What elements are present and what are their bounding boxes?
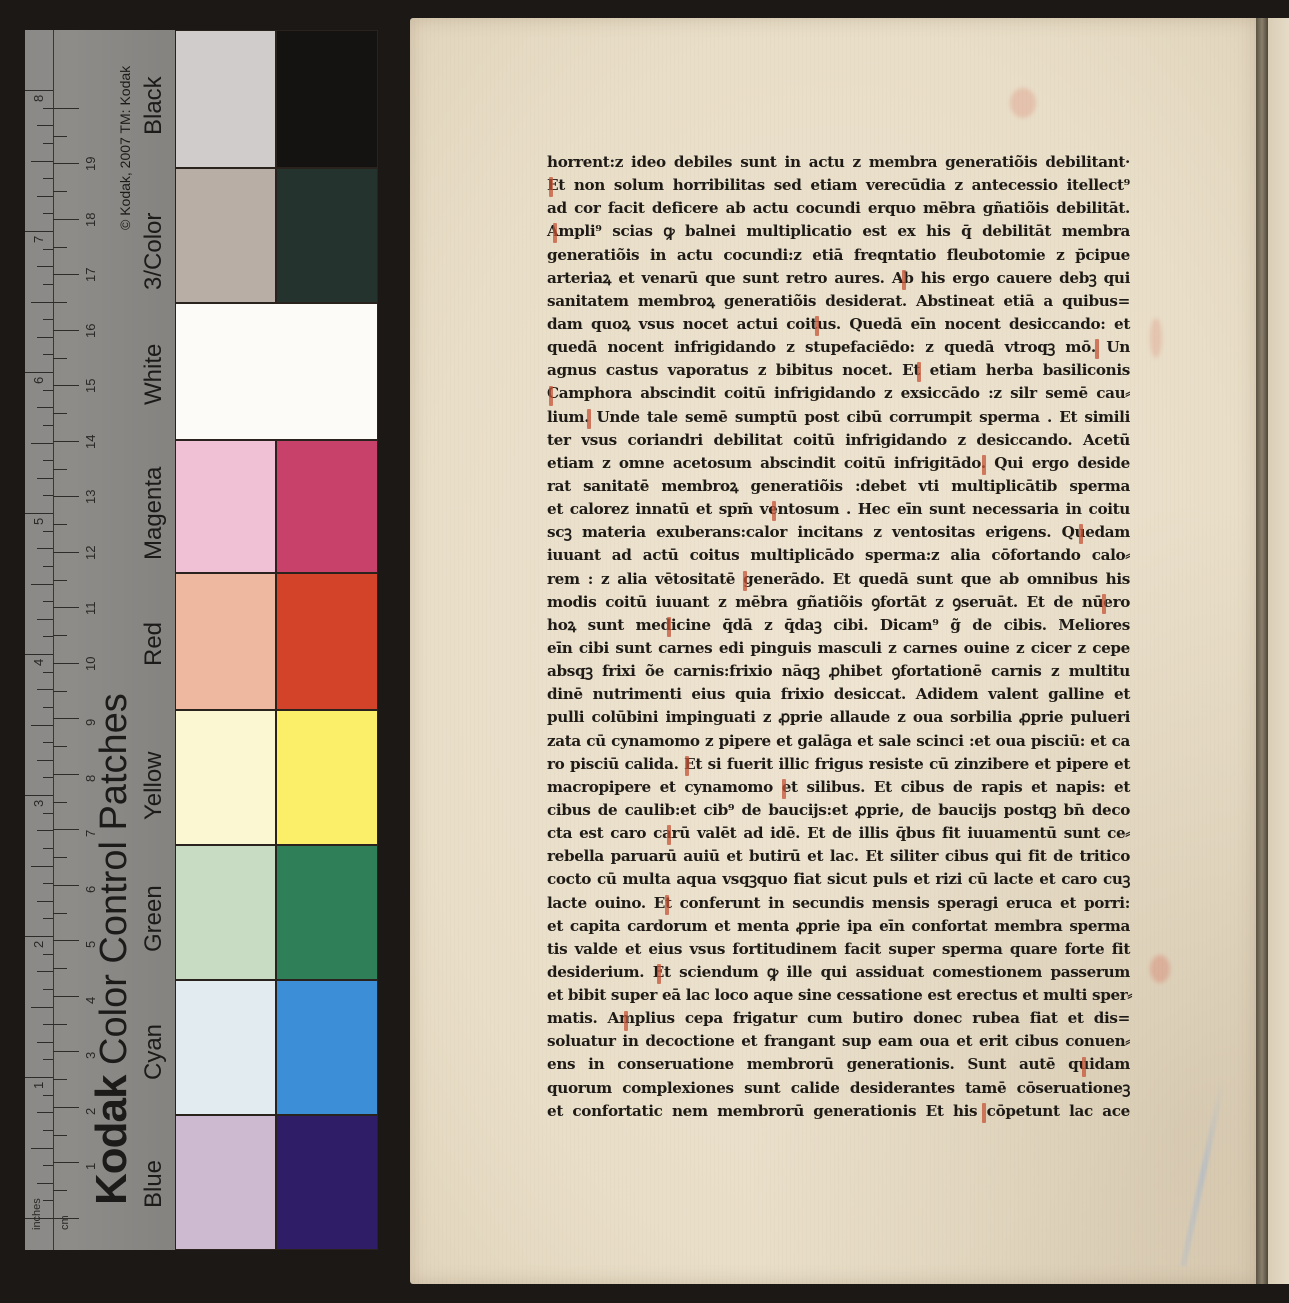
inch-tick	[43, 601, 53, 602]
inch-tick	[37, 478, 53, 479]
rubrication-mark	[685, 756, 689, 776]
patch-label-blue: Blue	[140, 1160, 168, 1208]
inch-tick	[43, 707, 53, 708]
cm-tick	[53, 330, 79, 331]
inch-tick	[43, 1200, 53, 1201]
inch-tick	[37, 337, 53, 338]
inch-tick-label: 3	[31, 800, 46, 807]
patch-red-light	[175, 573, 276, 710]
inch-tick	[43, 813, 53, 814]
cm-tick	[53, 108, 79, 109]
cm-tick	[53, 219, 79, 220]
text-line: hoꝝ sunt medicine q̄dā z q̄daꝫ cibi. Dic…	[547, 614, 1130, 637]
inch-tick-label: 2	[31, 941, 46, 948]
patch-cyan-dark	[276, 980, 378, 1115]
cm-tick-label: 19	[83, 157, 98, 171]
inch-tick	[43, 531, 53, 532]
inch-tick	[25, 231, 53, 232]
inch-tick	[43, 249, 53, 250]
text-line: macropipere et cynamomo et silibus. Et c…	[547, 776, 1130, 799]
inch-tick	[43, 1130, 53, 1131]
cm-tick	[53, 885, 79, 886]
inch-tick	[37, 1042, 53, 1043]
cm-tick	[53, 247, 67, 248]
cm-tick	[53, 607, 79, 608]
cm-tick	[53, 1190, 67, 1191]
text-line: et calorez innatū et spm̄ ventosum . Hec…	[547, 498, 1130, 521]
cm-tick-label: 17	[83, 268, 98, 282]
cm-tick	[53, 441, 79, 442]
cm-tick-label: 13	[83, 490, 98, 504]
red-stain-top	[1010, 88, 1036, 118]
cm-tick-label: 14	[83, 434, 98, 448]
patch-white	[175, 303, 378, 440]
copyright-notice: © Kodak, 2007 TM: Kodak	[117, 66, 133, 230]
text-line: agnus castus vaporatus z bibitus nocet. …	[547, 359, 1130, 382]
inch-tick	[43, 390, 53, 391]
inch-tick	[37, 196, 53, 197]
text-line: et bibit super eā lac loco aque sine ces…	[547, 984, 1130, 1007]
text-line: et confortatic nem membrorū generationis…	[547, 1100, 1130, 1123]
patch-3color-dark	[276, 168, 378, 303]
inch-tick	[43, 777, 53, 778]
patch-blue-dark	[276, 1115, 378, 1250]
inch-tick	[43, 213, 53, 214]
text-line: eīn cibi sunt carnes edi pinguis masculi…	[547, 637, 1130, 660]
text-line: arteriaꝝ et venarū que sunt retro aures.…	[547, 267, 1130, 290]
inch-tick-label: 6	[31, 377, 46, 384]
rubrication-mark	[553, 223, 557, 243]
inch-tick	[43, 883, 53, 884]
inch-unit-label: inches	[31, 1198, 43, 1230]
inch-tick	[37, 689, 53, 690]
rubrication-mark	[624, 1011, 628, 1031]
inch-tick	[37, 125, 53, 126]
rubrication-mark	[667, 825, 671, 845]
inch-tick	[25, 936, 53, 937]
text-line: desiderium. Et sciendum ꝙ ille qui assid…	[547, 961, 1130, 984]
cm-tick	[53, 1162, 79, 1163]
rubrication-mark	[982, 1103, 986, 1123]
cm-tick	[53, 1107, 79, 1108]
rubrication-mark	[772, 501, 776, 521]
patch-label-black: Black	[140, 76, 168, 135]
rubrication-mark	[782, 779, 786, 799]
patch-label-green: Green	[140, 885, 168, 952]
patch-yellow-light	[175, 710, 276, 845]
inch-tick	[25, 795, 53, 796]
inch-tick	[43, 108, 53, 109]
patch-green-light	[175, 845, 276, 980]
chart-title: Color Control Patches	[93, 693, 135, 1065]
patch-label-cyan: Cyan	[140, 1024, 168, 1080]
rubrication-mark	[587, 409, 591, 429]
text-line: cta est caro carū valēt ad idē. Et de il…	[547, 822, 1130, 845]
inch-tick	[43, 319, 53, 320]
text-line: absqꝫ frixi õe carnis:frixio nāqꝫ ꝓhibet…	[547, 660, 1130, 683]
inch-tick	[43, 178, 53, 179]
patch-cyan-light	[175, 980, 276, 1115]
text-block: horrent:z ideo debiles sunt in actu z me…	[547, 151, 1130, 1123]
inch-tick	[43, 918, 53, 919]
cm-tick	[53, 358, 67, 359]
cm-tick	[53, 802, 67, 803]
text-line: matis. Amplius cepa frigatur cum butiro …	[547, 1007, 1130, 1030]
cm-tick	[53, 1135, 67, 1136]
rubrication-mark	[917, 362, 921, 382]
text-line: soluatur in decoctione et frangant sup e…	[547, 1030, 1130, 1053]
brand-name: Kodak	[87, 1076, 136, 1205]
inch-tick	[37, 619, 53, 620]
incunabula-page: horrent:z ideo debiles sunt in actu z me…	[410, 18, 1256, 1284]
rubrication-mark	[982, 455, 986, 475]
cm-tick	[53, 496, 79, 497]
text-line: cocto cū multa aqua vsqꝫquo fiat sicut p…	[547, 868, 1130, 891]
inch-tick	[43, 672, 53, 673]
patch-yellow-dark	[276, 710, 378, 845]
patch-label-yellow: Yellow	[140, 752, 168, 821]
patch-3color-light	[175, 168, 276, 303]
inch-tick	[37, 971, 53, 972]
text-line: Camphora abscindit coitū infrigidando z …	[547, 382, 1130, 405]
text-line: rem : z alia vētositatē generādo. Et que…	[547, 568, 1130, 591]
cm-tick	[53, 580, 67, 581]
inch-tick-label: 7	[31, 236, 46, 243]
book-spine-gutter	[1256, 18, 1268, 1284]
inch-tick	[37, 1183, 53, 1184]
rubrication-mark	[549, 177, 553, 197]
text-line: dinē nutrimenti eius quia frixio desicca…	[547, 683, 1130, 706]
cm-tick	[53, 552, 79, 553]
cm-tick-label: 18	[83, 212, 98, 226]
inch-tick	[25, 1077, 53, 1078]
cm-tick	[53, 940, 79, 941]
facing-page-edge	[1268, 18, 1289, 1284]
inch-tick	[31, 725, 53, 726]
inch-tick	[43, 1059, 53, 1060]
cm-tick	[53, 469, 67, 470]
inch-tick	[31, 161, 53, 162]
cm-tick	[53, 691, 67, 692]
rubrication-mark	[902, 270, 906, 290]
text-line: rat sanitatē membroꝝ generatiõis :debet …	[547, 475, 1130, 498]
rubrication-mark	[1079, 524, 1083, 544]
inch-tick	[37, 548, 53, 549]
cm-tick	[53, 663, 79, 664]
text-line: generatiõis in actu cocundi:z etiā freqn…	[547, 244, 1130, 267]
text-line: ens in conseruatione membrorū generation…	[547, 1053, 1130, 1076]
text-line: Ampli⁹ scias ꝙ balnei multiplicatio est …	[547, 220, 1130, 243]
inch-tick	[25, 90, 53, 91]
inch-scale: 12345678	[25, 30, 54, 1250]
inch-tick	[43, 495, 53, 496]
cm-tick	[53, 385, 79, 386]
inch-tick	[43, 284, 53, 285]
inch-tick	[37, 830, 53, 831]
patch-red-dark	[276, 573, 378, 710]
inch-tick	[43, 566, 53, 567]
rubrication-mark	[743, 571, 747, 591]
cm-tick	[53, 413, 67, 414]
text-line: Et non solum horribilitas sed etiam vere…	[547, 174, 1130, 197]
inch-tick	[31, 1007, 53, 1008]
cm-tick	[53, 829, 79, 830]
inch-tick	[31, 584, 53, 585]
inch-tick	[37, 760, 53, 761]
cm-tick	[53, 718, 79, 719]
text-line: quedā nocent infrigidando z stupefaciēdo…	[547, 336, 1130, 359]
rubrication-mark	[657, 964, 661, 984]
cm-tick	[53, 191, 67, 192]
text-line: pulli colūbini impinguati z ꝓprie allaud…	[547, 706, 1130, 729]
rubrication-mark	[549, 386, 553, 406]
cm-tick	[53, 913, 67, 914]
rubrication-mark	[1102, 594, 1106, 614]
inch-tick	[31, 866, 53, 867]
text-line: ad cor facit deficere ab actu cocundi er…	[547, 197, 1130, 220]
cm-tick	[53, 968, 67, 969]
text-line: ro pisciū calida. Et si fuerit illic fri…	[547, 753, 1130, 776]
inch-tick	[43, 954, 53, 955]
red-stain-margin	[1150, 318, 1162, 358]
text-line: modis coitū iuuant z mēbra gñatiõis ꝯfor…	[547, 591, 1130, 614]
inch-tick	[43, 989, 53, 990]
text-line: etiam z omne acetosum abscindit coitū in…	[547, 452, 1130, 475]
cm-tick-label: 12	[83, 545, 98, 559]
cm-tick-label: 10	[83, 656, 98, 670]
inch-tick	[43, 460, 53, 461]
inch-tick	[25, 513, 53, 514]
text-line: lacte ouino. Et conferunt in secundis me…	[547, 892, 1130, 915]
inch-tick	[43, 425, 53, 426]
inch-tick-label: 1	[31, 1082, 46, 1089]
cm-tick	[53, 163, 79, 164]
rubrication-mark	[1095, 339, 1099, 359]
inch-tick	[37, 1112, 53, 1113]
text-line: ter vsus coriandri debilitat coitū infri…	[547, 429, 1130, 452]
cm-tick	[53, 774, 79, 775]
text-line: horrent:z ideo debiles sunt in actu z me…	[547, 151, 1130, 174]
inch-tick	[43, 143, 53, 144]
inch-tick	[25, 372, 53, 373]
patch-label-3color: 3/Color	[140, 213, 168, 290]
cm-tick	[53, 302, 67, 303]
text-line: scꝫ materia exuberans:calor incitans z v…	[547, 521, 1130, 544]
inch-tick	[43, 742, 53, 743]
text-line: iuuant ad actū coitus multiplicādo sperm…	[547, 544, 1130, 567]
rubrication-mark	[667, 617, 671, 637]
patch-label-magenta: Magenta	[140, 467, 168, 560]
text-line: sanitatem membroꝝ generatiõis desiderat.…	[547, 290, 1130, 313]
inch-tick	[43, 848, 53, 849]
inch-tick-label: 5	[31, 518, 46, 525]
cm-tick	[53, 136, 67, 137]
cm-unit-label: cm	[59, 1215, 71, 1230]
text-line: cibus de caulib:et cib⁹ de baucijs:et ꝓp…	[547, 799, 1130, 822]
paper-tear	[1180, 1079, 1225, 1266]
inch-tick	[25, 654, 53, 655]
text-line: zata cū cynamomo z pipere et galāga et s…	[547, 730, 1130, 753]
cm-tick	[53, 274, 79, 275]
inch-tick	[31, 443, 53, 444]
patch-label-white: White	[140, 344, 168, 405]
patch-black-light	[175, 30, 276, 168]
patch-magenta-dark	[276, 440, 378, 573]
cm-tick	[53, 996, 79, 997]
inch-tick	[37, 266, 53, 267]
patch-magenta-light	[175, 440, 276, 573]
cm-tick	[53, 635, 67, 636]
red-stain-lower	[1150, 955, 1170, 983]
cm-tick-label: 11	[83, 602, 98, 616]
inch-tick	[43, 1095, 53, 1096]
text-line: quorum complexiones sunt calide desidera…	[547, 1077, 1130, 1100]
cm-tick	[53, 746, 67, 747]
brand-title: Kodak Color Control Patches	[87, 693, 137, 1205]
inch-tick	[37, 407, 53, 408]
text-line: dam quoꝝ vsus nocet actui coitus. Quedā …	[547, 313, 1130, 336]
text-line: lium. Unde tale semē sumptū post cibū co…	[547, 406, 1130, 429]
inch-tick	[43, 1165, 53, 1166]
inch-tick	[31, 1148, 53, 1149]
kodak-color-control-strip: 12345678 12345678910111213141516171819 i…	[25, 30, 378, 1250]
inch-tick	[43, 354, 53, 355]
cm-tick	[53, 524, 67, 525]
inch-tick-label: 4	[31, 659, 46, 666]
cm-tick-label: 15	[83, 379, 98, 393]
cm-tick	[53, 857, 67, 858]
inch-tick	[43, 636, 53, 637]
cm-tick	[53, 1051, 79, 1052]
text-line: rebella paruarū auiū et butirū et lac. E…	[547, 845, 1130, 868]
rubrication-mark	[815, 316, 819, 336]
text-line: et capita cardorum et menta ꝓprie ipa eī…	[547, 915, 1130, 938]
patch-black-dark	[276, 30, 378, 168]
patch-label-red: Red	[140, 622, 168, 666]
patch-green-dark	[276, 845, 378, 980]
inch-tick-label: 8	[31, 95, 46, 102]
inch-tick	[37, 901, 53, 902]
cm-tick	[53, 1079, 67, 1080]
cm-tick	[53, 1024, 67, 1025]
inch-tick	[43, 1024, 53, 1025]
rubrication-mark	[1082, 1057, 1086, 1077]
patch-blue-light	[175, 1115, 276, 1250]
text-line: tis valde et eius vsus fortitudinem faci…	[547, 938, 1130, 961]
rubrication-mark	[665, 895, 669, 915]
cm-tick-label: 16	[83, 323, 98, 337]
inch-tick	[31, 302, 53, 303]
